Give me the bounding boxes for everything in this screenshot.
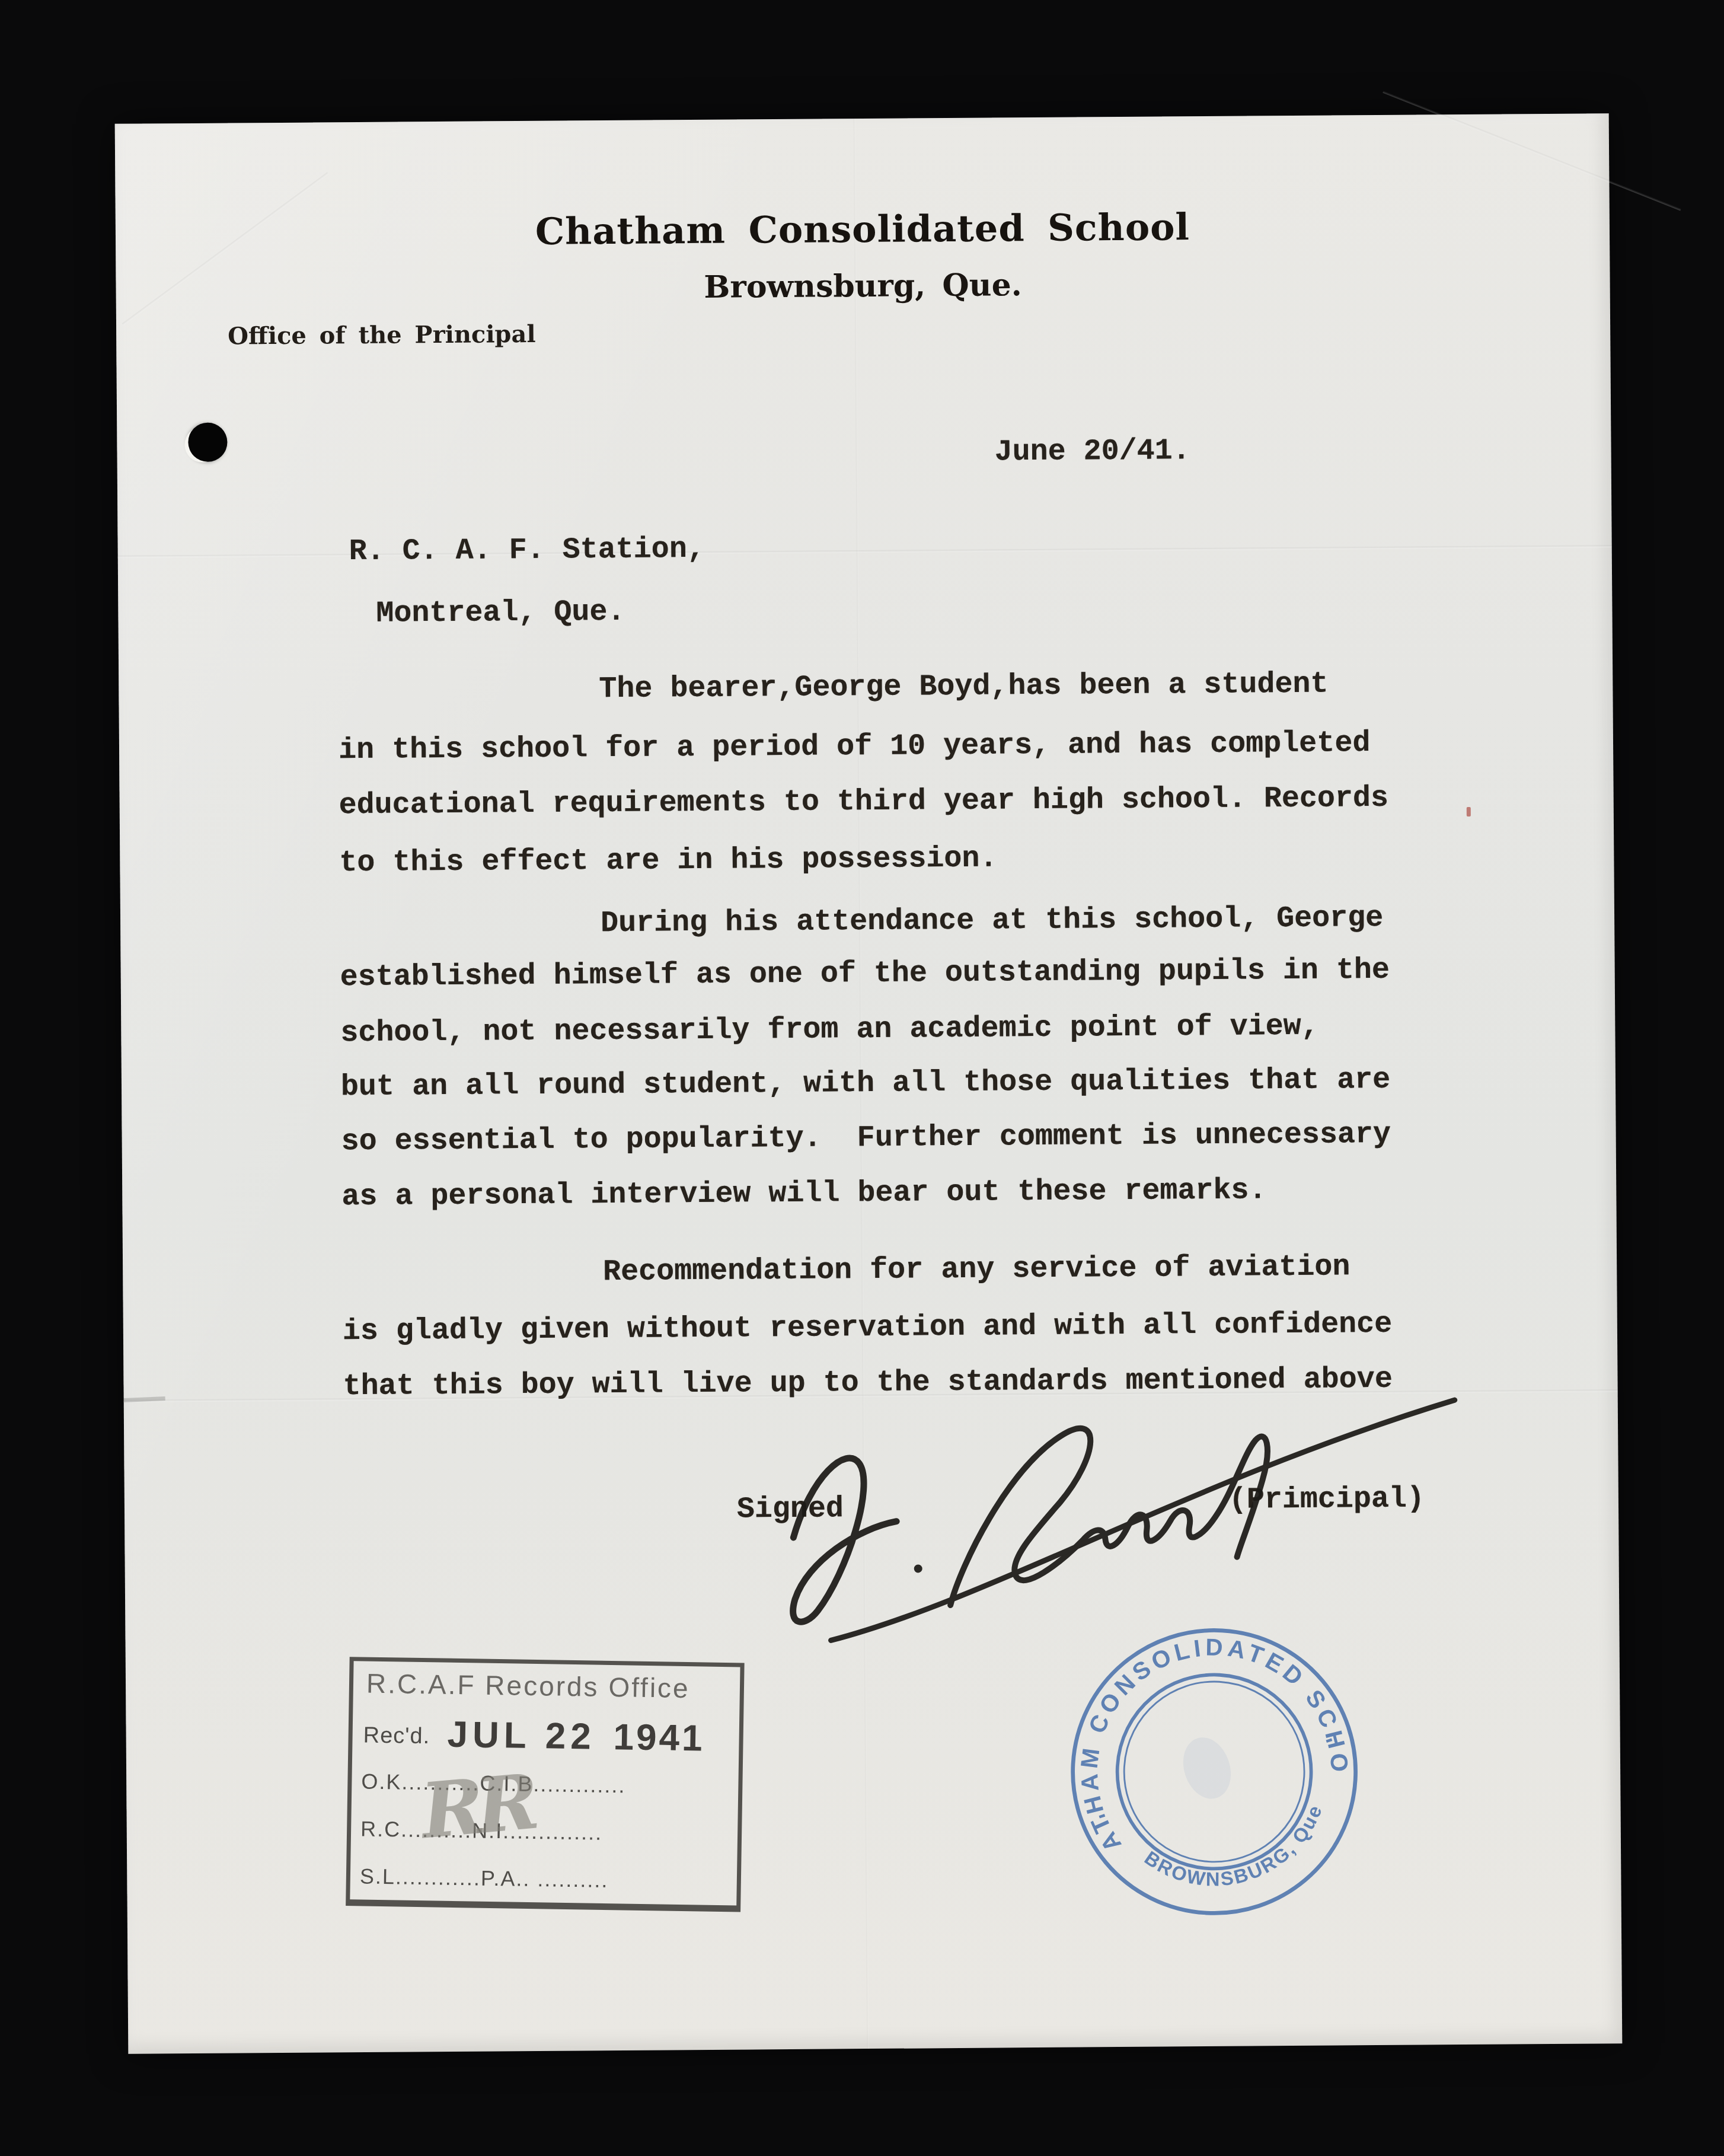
fold-crease-top [118, 545, 1612, 558]
rcaf-stamp-row-sl: S.L............P.A.. .......... [360, 1864, 609, 1893]
body-line: but an all round student, with all those… [341, 1063, 1391, 1105]
body-line: is gladly given without reservation and … [343, 1307, 1393, 1350]
body-line: to this effect are in his possession. [339, 841, 998, 881]
handwritten-initials: RR [417, 1758, 534, 1857]
rcaf-records-stamp: R.C.A.F Records Office Rec'd. JUL 22 194… [346, 1657, 745, 1912]
letterhead-location: Brownsburg, Que. [116, 263, 1610, 310]
rcaf-stamp-date-month-day: JUL 22 [447, 1714, 596, 1758]
letterhead-school-name: Chatham Consolidated School [116, 202, 1610, 256]
letter-paper: Chatham Consolidated School Brownsburg, … [115, 113, 1623, 2054]
body-line: in this school for a period of 10 years,… [339, 726, 1371, 768]
body-line: as a personal interview will bear out th… [341, 1173, 1267, 1215]
recipient-line: Montreal, Que. [376, 595, 625, 632]
ink-speck [1467, 807, 1471, 817]
seal-center-smudge [1176, 1731, 1238, 1806]
corner-crease-top-right [1383, 91, 1681, 211]
body-line: so essential to popularity. Further comm… [341, 1117, 1391, 1160]
body-line: established himself as one of the outsta… [340, 953, 1390, 996]
scan-background: Chatham Consolidated School Brownsburg, … [0, 0, 1724, 2156]
letter-date: June 20/41. [994, 433, 1190, 470]
fold-edge-mark [124, 1396, 165, 1402]
recipient-line: R. C. A. F. Station, [349, 532, 705, 570]
rcaf-stamp-recd-label: Rec'd. [363, 1723, 430, 1750]
body-line: school, not necessarily from an academic… [340, 1009, 1319, 1052]
rcaf-stamp-title: R.C.A.F Records Office [366, 1667, 691, 1705]
letterhead-office-line: Office of the Principal [228, 320, 536, 350]
punch-hole [188, 423, 227, 462]
body-line: During his attendance at this school, Ge… [601, 901, 1384, 942]
body-line: educational requirements to third year h… [339, 781, 1388, 824]
rcaf-stamp-date-year: 1941 [613, 1716, 705, 1759]
body-line: The bearer,George Boyd,has been a studen… [599, 667, 1329, 708]
signature-ink [740, 1383, 1501, 1650]
body-line: Recommendation for any service of aviati… [603, 1249, 1351, 1290]
